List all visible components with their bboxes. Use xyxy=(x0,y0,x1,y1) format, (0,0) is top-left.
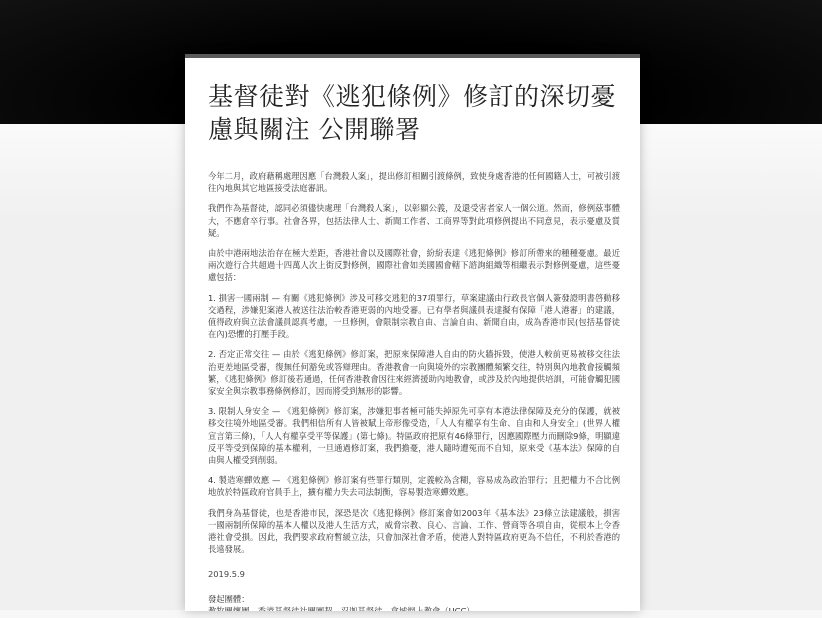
paragraph-intro: 今年二月，政府藉稱處理因應「台灣殺人案」，提出修訂相關引渡條例，致使身處香港的任… xyxy=(208,170,620,194)
signatories-list: 教牧關懷團、香港基督徒社關團契、忍迦基督徒、拿城網上教會（UCC） xyxy=(208,605,620,611)
concern-item-2: 2. 否定正常交往 — 由於《逃犯條例》修訂案，把原來保障港人自由的防火牆拆毀，… xyxy=(208,348,620,397)
paragraph-stance: 我們作為基督徒，認同必須儘快處理「台灣殺人案」，以彰顯公義，及還受害者家人一個公… xyxy=(208,202,620,239)
paragraph-concerns-intro: 由於中港兩地法治存在極大差距，香港社會以及國際社會，紛紛表達《逃犯條例》修訂所帶… xyxy=(208,247,620,284)
signatories-label: 發起團體： xyxy=(208,593,620,605)
document-date: 2019.5.9 xyxy=(208,569,620,579)
petition-document-card: 基督徒對《逃犯條例》修訂的深切憂慮與關注 公開聯署 今年二月，政府藉稱處理因應「… xyxy=(185,54,640,611)
document-title: 基督徒對《逃犯條例》修訂的深切憂慮與關注 公開聯署 xyxy=(208,80,620,146)
page-footer-strip xyxy=(0,610,822,618)
paragraph-conclusion: 我們身為基督徒，也是香港市民，深恐是次《逃犯條例》修訂案會如2003年《基本法》… xyxy=(208,507,620,556)
concern-item-1: 1. 損害一國兩制 — 有關《逃犯條例》涉及可移交逃犯的37項罪行，草案建議由行… xyxy=(208,292,620,341)
concern-item-4: 4. 製造寒蟬效應 — 《逃犯條例》修訂案有些罪行類別，定義較為含糊，容易成為政… xyxy=(208,474,620,498)
concern-item-3: 3. 限制人身安全 — 《逃犯條例》修訂案，涉嫌犯事者極可能失掉原先可享有本港法… xyxy=(208,405,620,466)
